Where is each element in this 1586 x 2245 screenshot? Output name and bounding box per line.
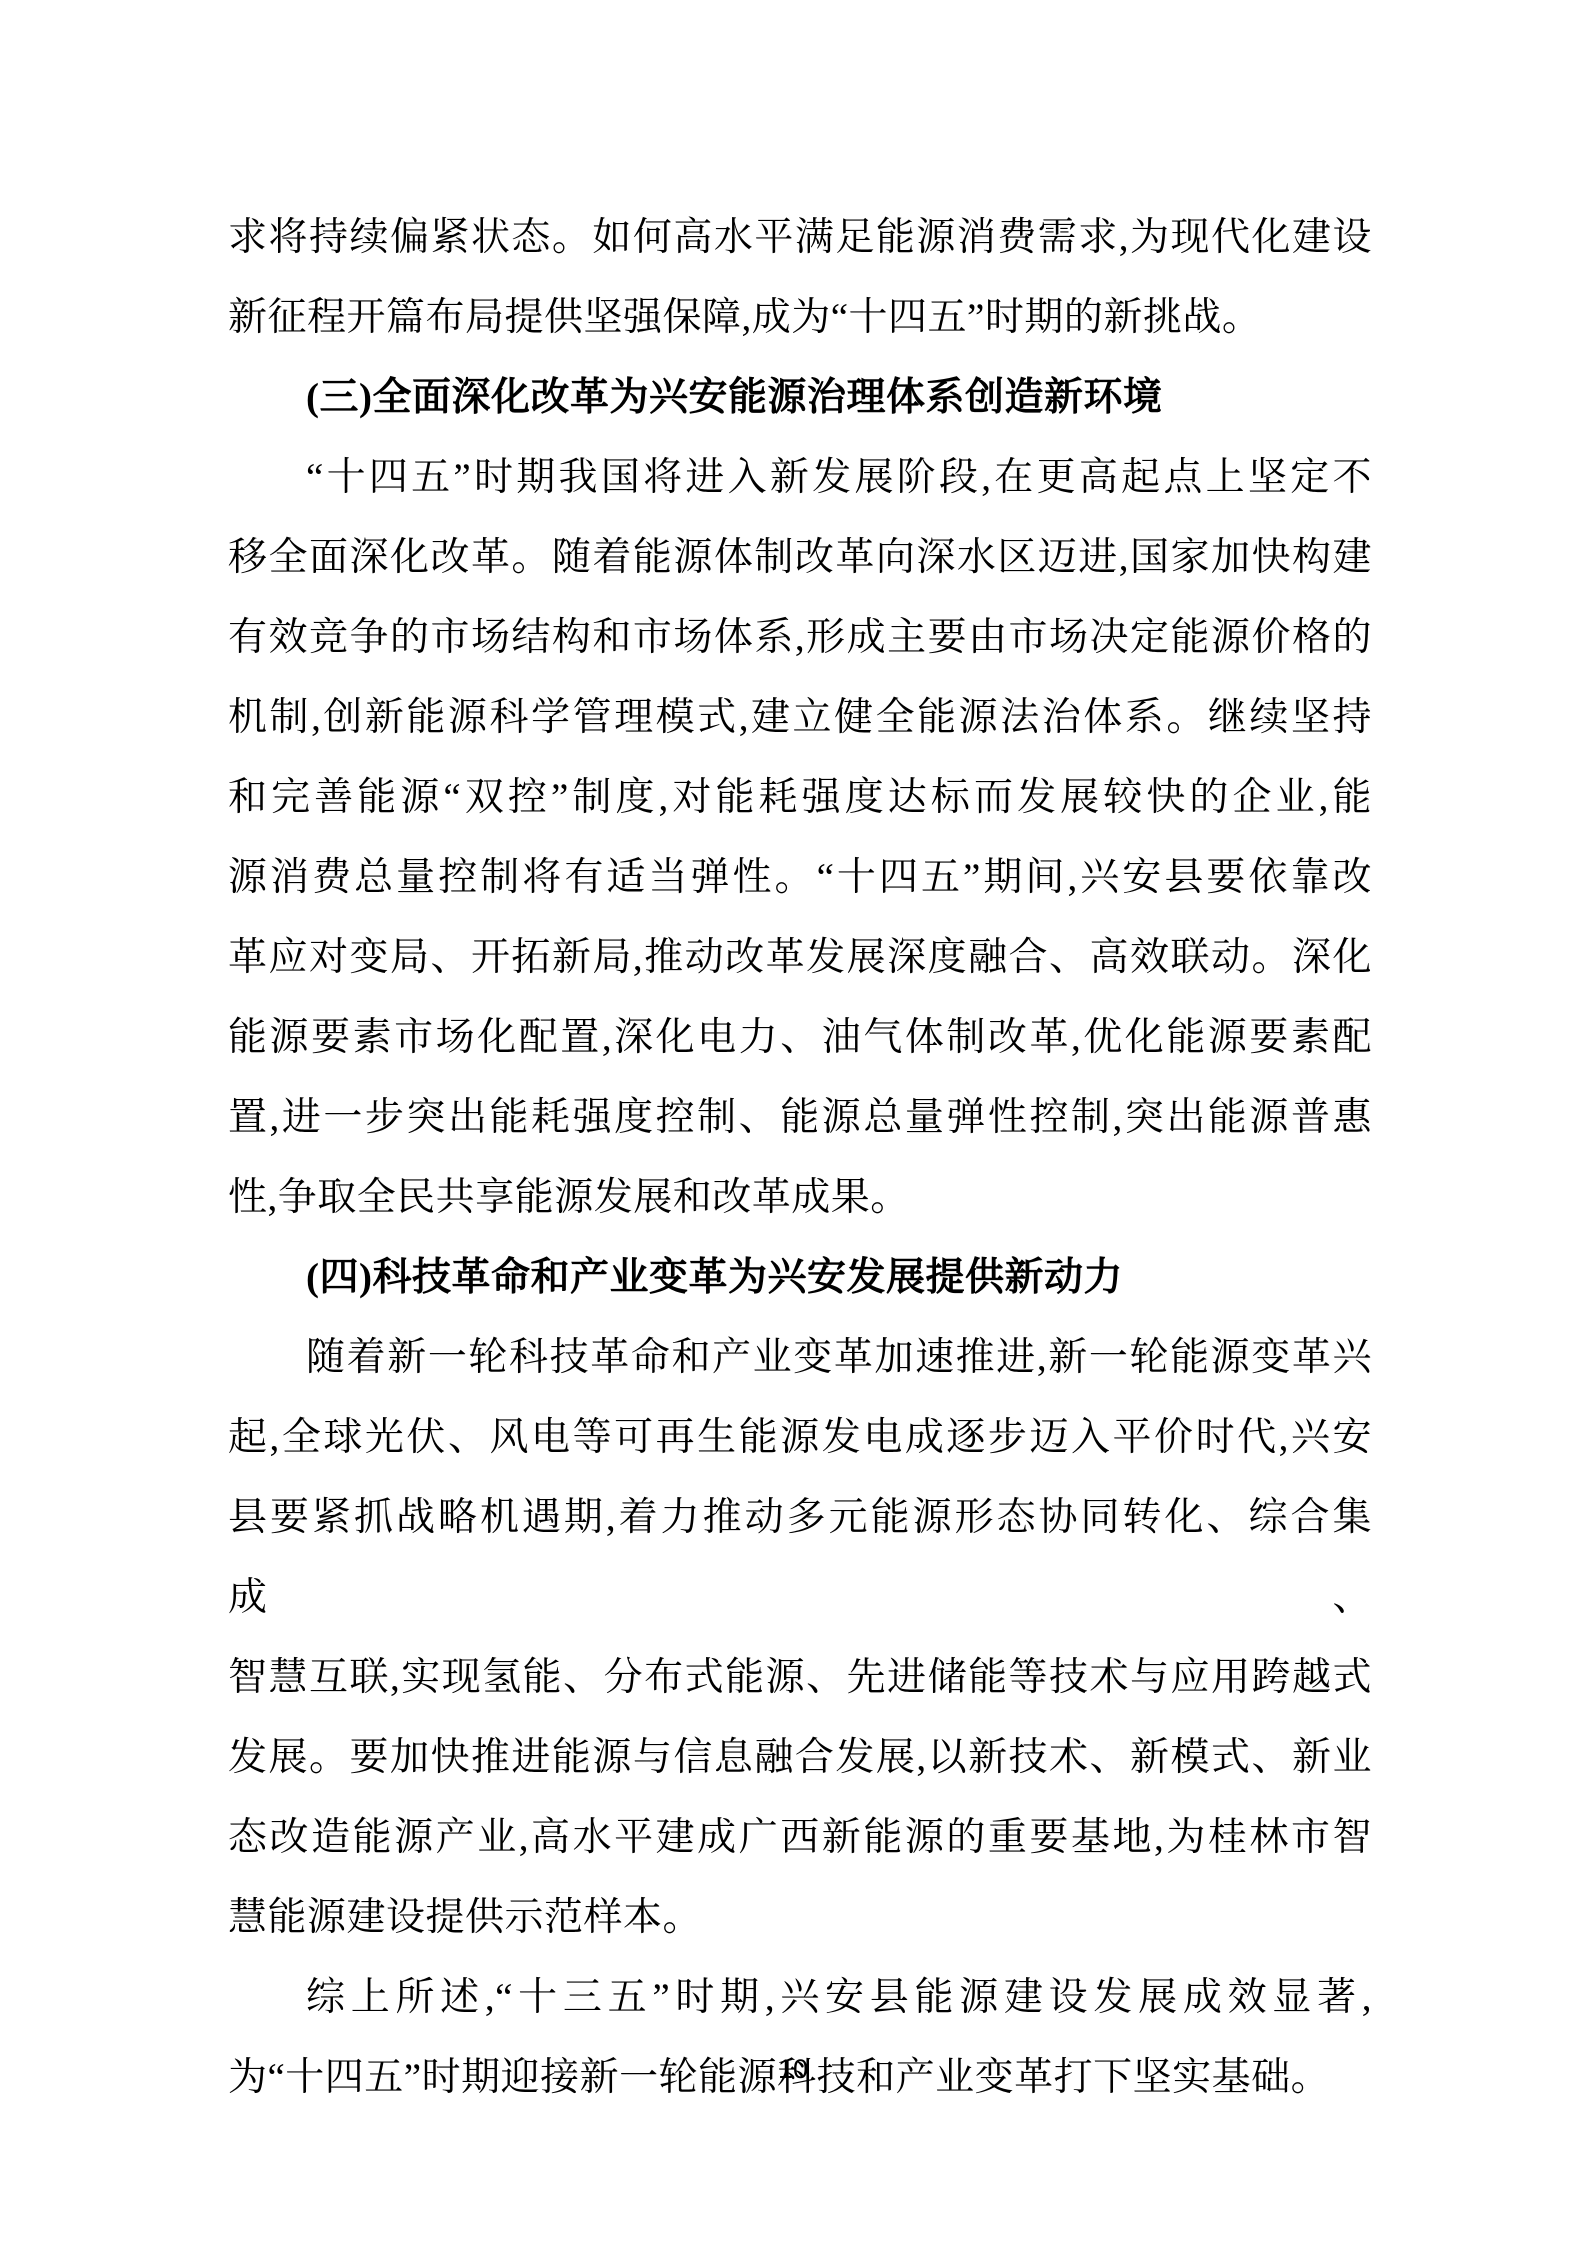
page-number: 10	[0, 2052, 1586, 2086]
text-line: 起,全球光伏、风电等可再生能源发电成逐步迈入平价时代,兴安	[228, 1398, 1372, 1478]
text-line: 源消费总量控制将有适当弹性。“十四五”期间,兴安县要依靠改	[228, 838, 1372, 918]
text-line: 发展。要加快推进能源与信息融合发展,以新技术、新模式、新业	[228, 1718, 1372, 1798]
document-page: 求将持续偏紧状态。如何高水平满足能源消费需求,为现代化建设新征程开篇布局提供坚强…	[0, 0, 1586, 2245]
text-line: “十四五”时期我国将进入新发展阶段,在更高起点上坚定不	[228, 438, 1372, 518]
text-line: 和完善能源“双控”制度,对能耗强度达标而发展较快的企业,能	[228, 758, 1372, 838]
text-line: 能源要素市场化配置,深化电力、油气体制改革,优化能源要素配	[228, 998, 1372, 1078]
text-line: 县要紧抓战略机遇期,着力推动多元能源形态协同转化、综合集成、	[228, 1478, 1372, 1638]
text-line: 求将持续偏紧状态。如何高水平满足能源消费需求,为现代化建设	[228, 198, 1372, 278]
section-heading: (四)科技革命和产业变革为兴安发展提供新动力	[228, 1238, 1372, 1318]
text-line: 移全面深化改革。随着能源体制改革向深水区迈进,国家加快构建	[228, 518, 1372, 598]
text-line: 有效竞争的市场结构和市场体系,形成主要由市场决定能源价格的	[228, 598, 1372, 678]
text-line: 性,争取全民共享能源发展和改革成果。	[228, 1158, 1372, 1238]
text-line: 智慧互联,实现氢能、分布式能源、先进储能等技术与应用跨越式	[228, 1638, 1372, 1718]
text-line: 慧能源建设提供示范样本。	[228, 1878, 1372, 1958]
text-line: 机制,创新能源科学管理模式,建立健全能源法治体系。继续坚持	[228, 678, 1372, 758]
document-body: 求将持续偏紧状态。如何高水平满足能源消费需求,为现代化建设新征程开篇布局提供坚强…	[228, 198, 1372, 2118]
text-line: 随着新一轮科技革命和产业变革加速推进,新一轮能源变革兴	[228, 1318, 1372, 1398]
text-line: 革应对变局、开拓新局,推动改革发展深度融合、高效联动。深化	[228, 918, 1372, 998]
text-line: 综上所述,“十三五”时期,兴安县能源建设发展成效显著,	[228, 1958, 1372, 2038]
text-line: 态改造能源产业,高水平建成广西新能源的重要基地,为桂林市智	[228, 1798, 1372, 1878]
section-heading: (三)全面深化改革为兴安能源治理体系创造新环境	[228, 358, 1372, 438]
text-line: 置,进一步突出能耗强度控制、能源总量弹性控制,突出能源普惠	[228, 1078, 1372, 1158]
text-line: 新征程开篇布局提供坚强保障,成为“十四五”时期的新挑战。	[228, 278, 1372, 358]
